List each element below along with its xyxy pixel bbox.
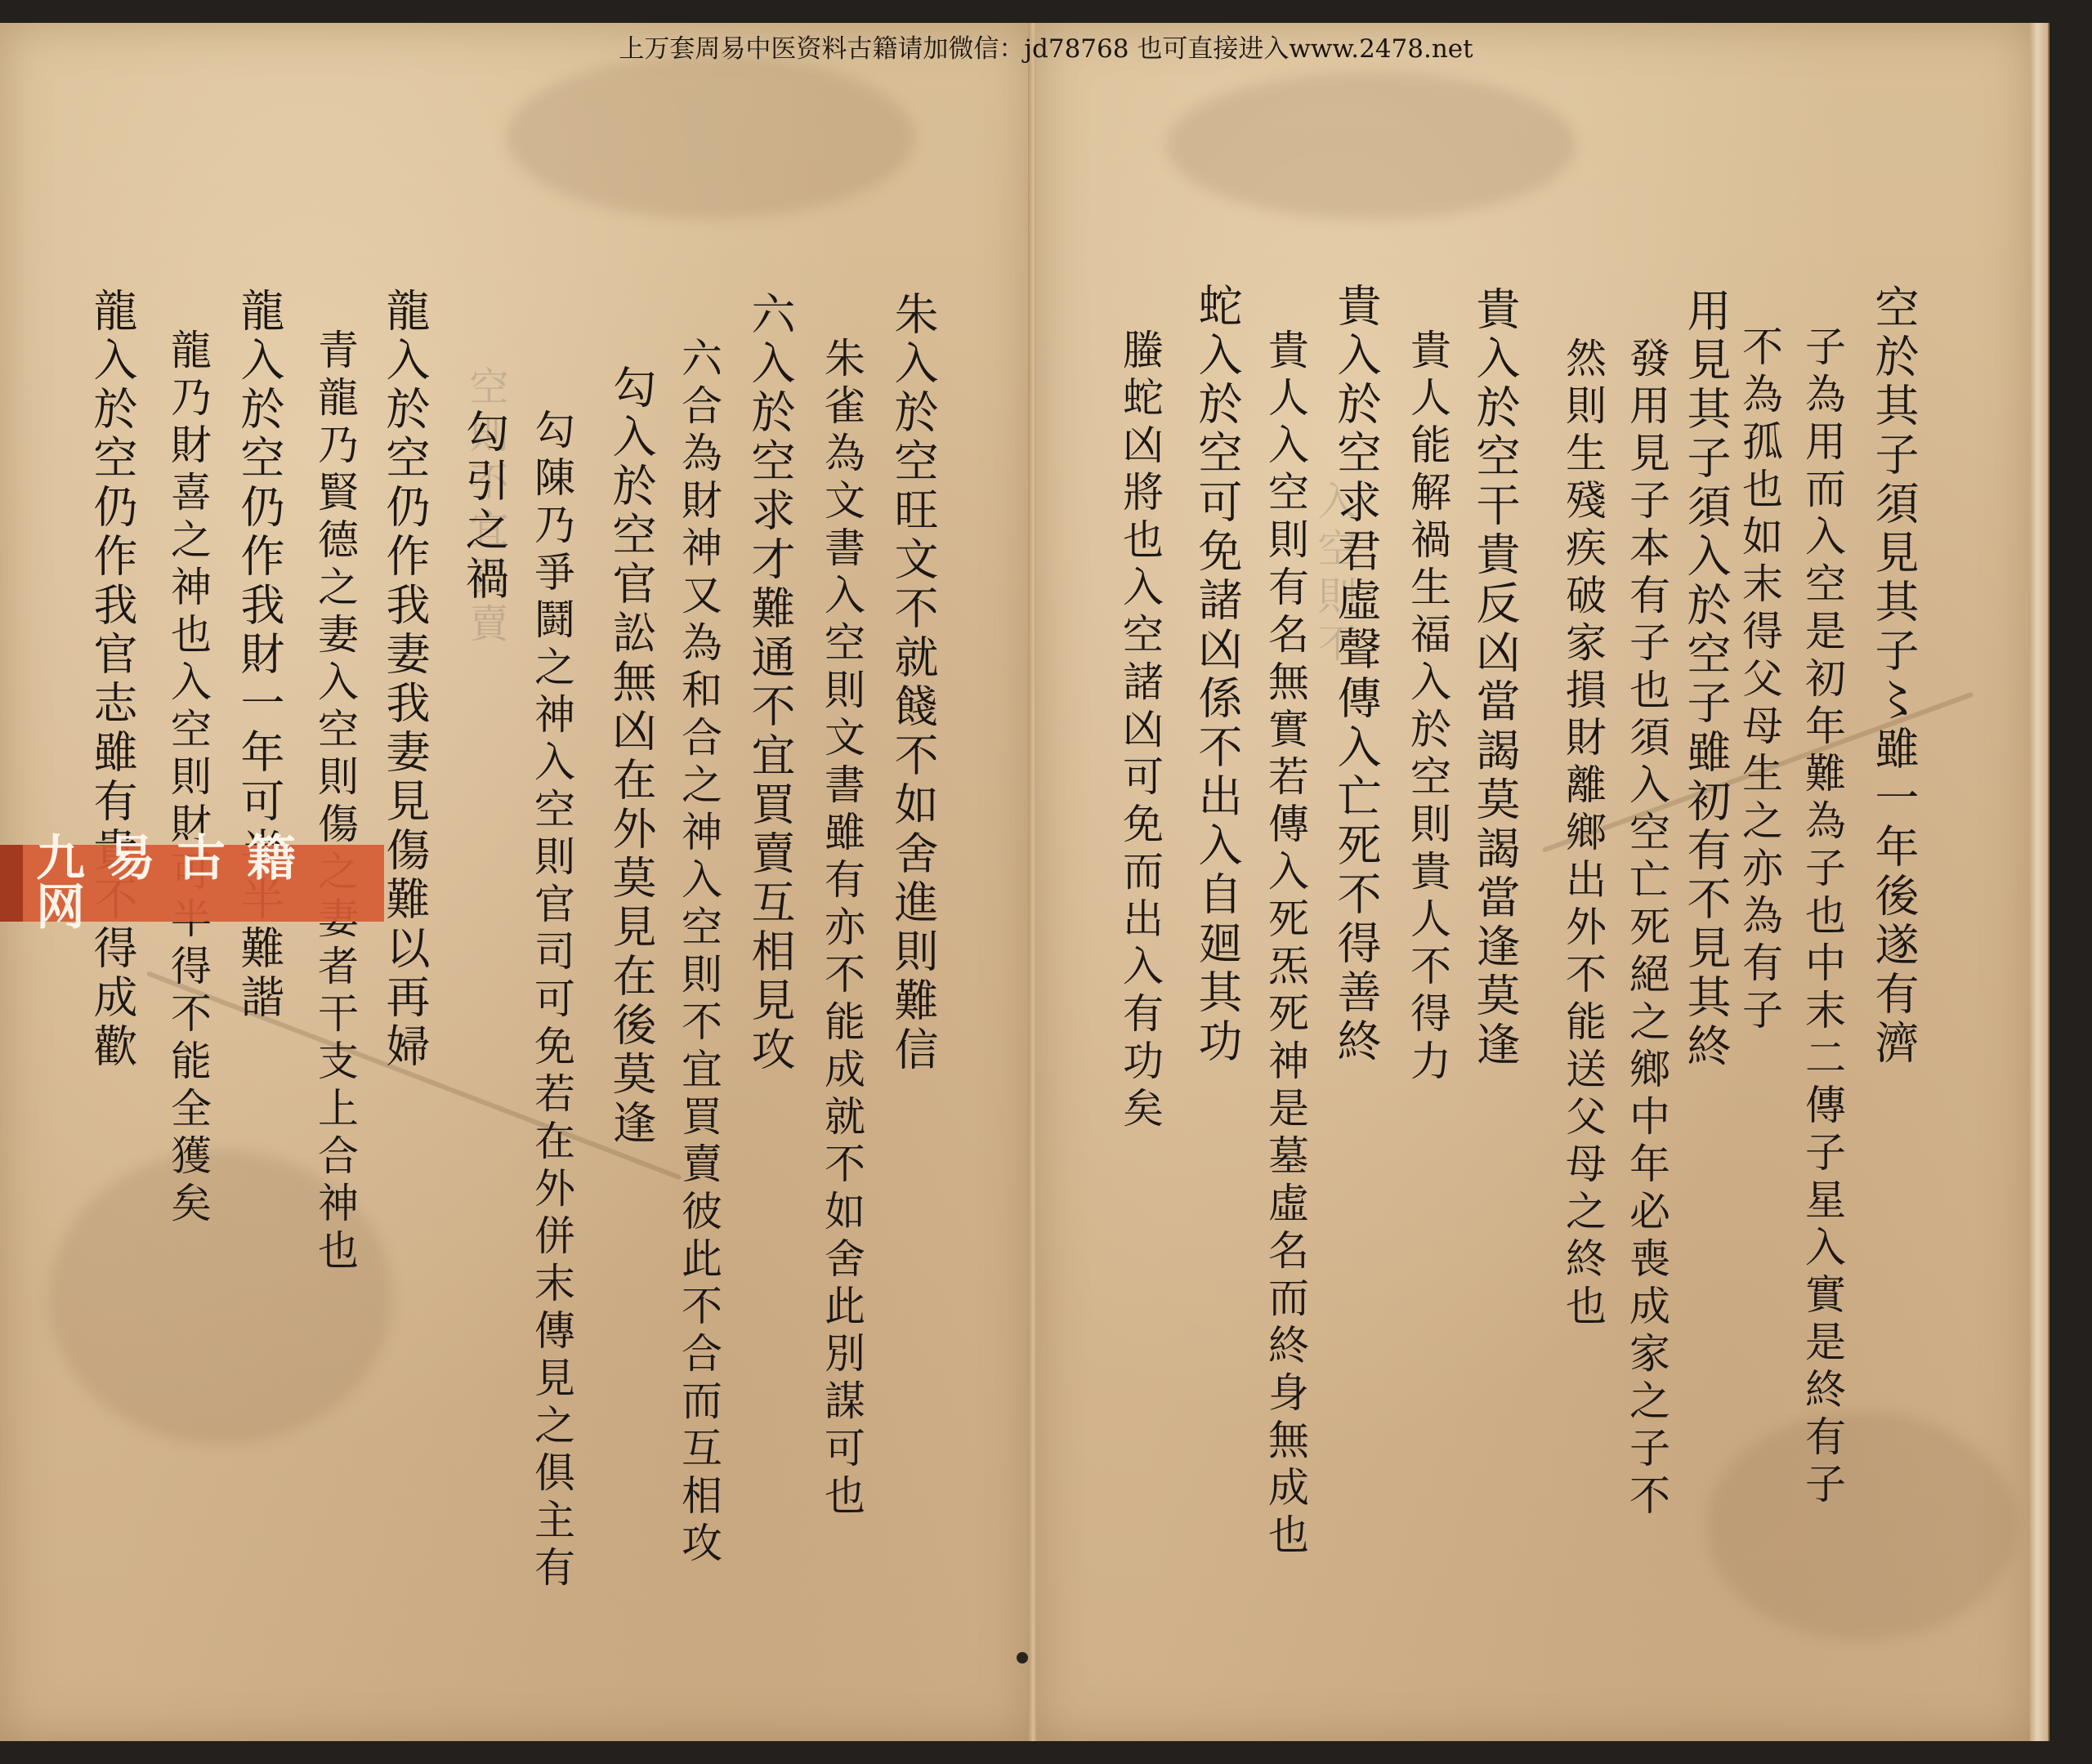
text-column: 空於其子須見其子〻雖一年後遂有濟 <box>1871 284 1915 1069</box>
text-column: 青龍乃賢德之妻入空則傷之妻者干支上合神也 <box>315 328 355 1276</box>
site-logo-text: 九易古籍网 <box>36 834 384 932</box>
text-column: 發用見子本有子也須入空亡死絕之鄉中年必喪成家之子不 <box>1626 337 1667 1521</box>
text-column: 然則生殘疾破家損財離鄉出外不能送父母之終也 <box>1562 337 1603 1332</box>
text-column: 勾陳乃爭鬪之神入空則官司可免若在外併末傳見之俱主有 <box>531 409 572 1593</box>
text-column: 子為用而入空是初年難為子也中末二傳子星入實是終有子 <box>1802 325 1843 1510</box>
text-column: 龍入於空仍作我妻我妻見傷難以再婦 <box>382 288 427 1072</box>
text-column: 貴人能解禍生福入於空則貴人不得力 <box>1407 328 1448 1087</box>
text-column: 不為孤也如末得父母生之亦為有子 <box>1739 325 1780 1036</box>
water-stain <box>1706 1412 2017 1641</box>
water-stain <box>1167 72 1576 219</box>
text-column: 用見其子須入於空子雖初有不見其終 <box>1683 288 1728 1072</box>
site-logo: 九易古籍网 <box>0 845 384 922</box>
text-column: 朱雀為文書入空則文書雖有亦不能成就不如舍此別謀可也 <box>821 337 862 1521</box>
text-column: 貴入於空求君虛聲傳入亡死不得善終 <box>1334 283 1378 1067</box>
text-column: 蛇入於空可免諸凶係不出入自廻其功 <box>1195 283 1239 1067</box>
text-column: 貴人入空則有名無實若傳入死炁死神是墓虛名而終身無成也 <box>1265 328 1306 1561</box>
text-column: 貴入於空干貴反凶當謁莫謁當逢莫逢 <box>1473 286 1517 1070</box>
text-column: 螣蛇凶將也入空諸凶可免而出入有功矣 <box>1120 328 1160 1134</box>
text-column: 朱入於空旺文不就餞不如舍進則難信 <box>891 291 935 1075</box>
text-column: 勾入於空官訟無凶在外莫見在後莫逢 <box>609 364 653 1149</box>
text-column: 六合為財神又為和合之神入空則不宜買賣彼此不合而互相攻 <box>678 337 719 1569</box>
text-column: 龍入於空仍作我官志雖有貴不得成歡 <box>90 288 134 1072</box>
water-stain <box>507 56 915 219</box>
text-column: 勾引之禍 <box>462 409 506 605</box>
text-column: 六入於空求才難通不宜買賣互相見攻 <box>748 291 792 1075</box>
watermark-banner: 上万套周易中医资料古籍请加微信：jd78768 也可直接进入www.2478.n… <box>0 28 2092 65</box>
binding-hole <box>1017 1652 1028 1664</box>
text-column: 龍乃財喜之神也入空則財可半得不能全獲矣 <box>168 328 208 1229</box>
